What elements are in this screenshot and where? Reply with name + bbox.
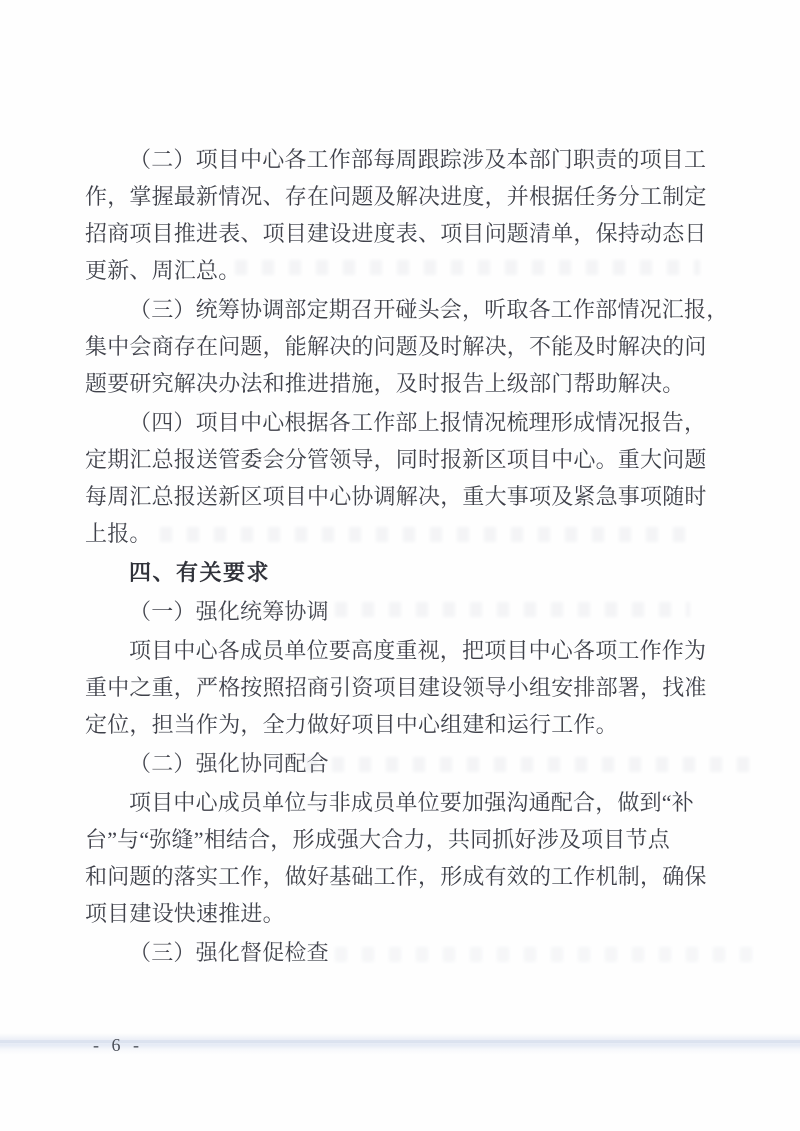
text-line: （四）项目中心根据各工作部上报情况梳理形成情况报告，: [85, 404, 735, 441]
document-body: （二）项目中心各工作部每周跟踪涉及本部门职责的项目工 作，掌握最新情况、存在问题…: [85, 141, 735, 973]
text-line: 更新、周汇总。: [85, 252, 735, 289]
text-line: 项目建设快速推进。: [85, 895, 735, 932]
text-line: 项目中心各成员单位要高度重视，把项目中心各项工作作为: [85, 632, 735, 669]
subheading-line: （二）强化协同配合: [85, 745, 735, 782]
paragraph-item-4: （四）项目中心根据各工作部上报情况梳理形成情况报告， 定期汇总报送管委会分管领导…: [85, 404, 735, 552]
text-line: 作，掌握最新情况、存在问题及解决进度，并根据任务分工制定: [85, 178, 735, 215]
text-line: 招商项目推进表、项目建设进度表、项目问题清单，保持动态日: [85, 215, 735, 252]
text-line: 每周汇总报送新区项目中心协调解决，重大事项及紧急事项随时: [85, 478, 735, 515]
text-line: 定位，担当作为，全力做好项目中心组建和运行工作。: [85, 706, 735, 743]
text-line: （三）统筹协调部定期召开碰头会，听取各工作部情况汇报，: [85, 291, 735, 328]
page-number: - 6 -: [93, 1035, 143, 1056]
subheading-line: （三）强化督促检查: [85, 934, 735, 971]
section-heading-requirements: 四、有关要求: [85, 554, 735, 591]
subheading-supervision: （三）强化督促检查: [85, 934, 735, 971]
text-line: 和问题的落实工作，做好基础工作，形成有效的工作机制，确保: [85, 858, 735, 895]
heading-line: 四、有关要求: [85, 554, 735, 591]
subheading-line: （一）强化统筹协调: [85, 593, 735, 630]
subheading-coordination: （一）强化统筹协调: [85, 593, 735, 630]
text-line: 定期汇总报送管委会分管领导，同时报新区项目中心。重大问题: [85, 441, 735, 478]
document-page: （二）项目中心各工作部每周跟踪涉及本部门职责的项目工 作，掌握最新情况、存在问题…: [0, 0, 800, 1131]
paragraph-item-2: （二）项目中心各工作部每周跟踪涉及本部门职责的项目工 作，掌握最新情况、存在问题…: [85, 141, 735, 289]
subheading-cooperation: （二）强化协同配合: [85, 745, 735, 782]
text-line: 上报。: [85, 515, 735, 552]
text-line: 台”与“弥缝”相结合，形成强大合力，共同抓好涉及项目节点: [85, 821, 735, 858]
text-line: 集中会商存在问题，能解决的问题及时解决，不能及时解决的问: [85, 328, 735, 365]
text-line: 题要研究解决办法和推进措施，及时报告上级部门帮助解决。: [85, 365, 735, 402]
text-line: （二）项目中心各工作部每周跟踪涉及本部门职责的项目工: [85, 141, 735, 178]
paragraph-item-3: （三）统筹协调部定期召开碰头会，听取各工作部情况汇报， 集中会商存在问题，能解决…: [85, 291, 735, 402]
paragraph-body-coordination: 项目中心各成员单位要高度重视，把项目中心各项工作作为 重中之重，严格按照招商引资…: [85, 632, 735, 743]
text-line: 重中之重，严格按照招商引资项目建设领导小组安排部署，找准: [85, 669, 735, 706]
text-line: 项目中心成员单位与非成员单位要加强沟通配合，做到“补: [85, 784, 735, 821]
paragraph-body-cooperation: 项目中心成员单位与非成员单位要加强沟通配合，做到“补 台”与“弥缝”相结合，形成…: [85, 784, 735, 932]
